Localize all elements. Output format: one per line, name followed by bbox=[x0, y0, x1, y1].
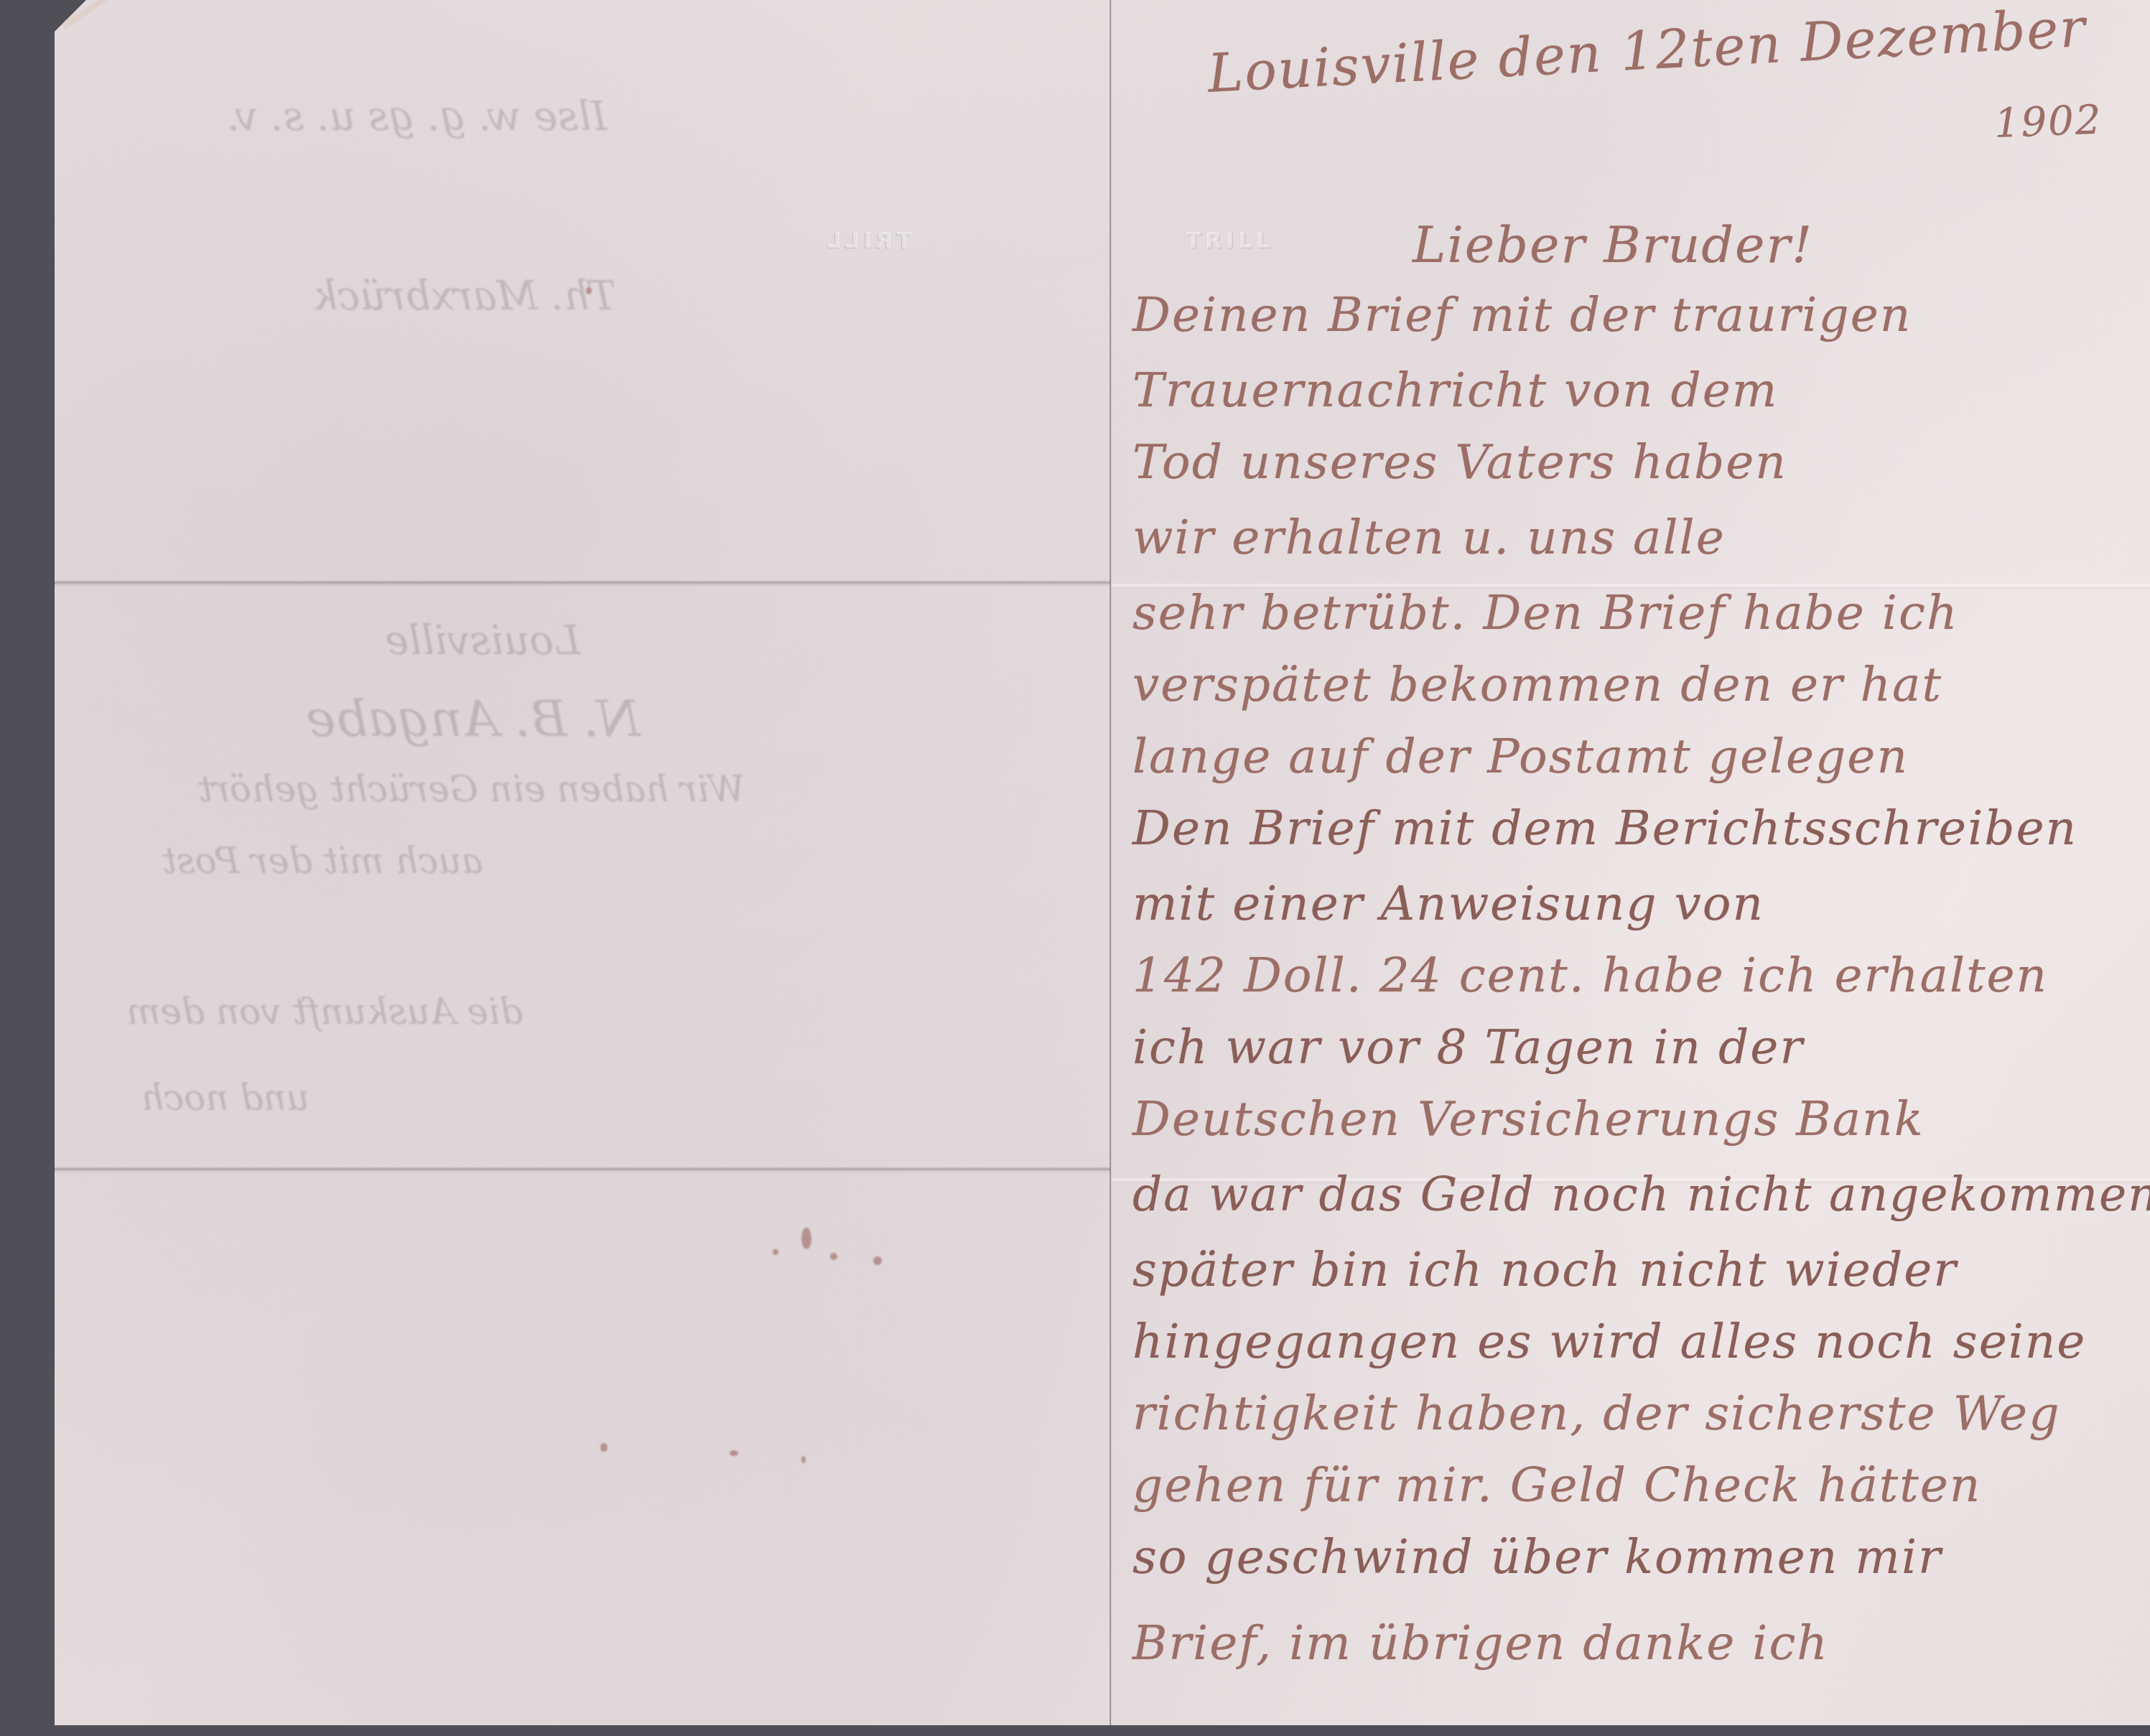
horizontal-fold-lower-left bbox=[55, 1167, 1110, 1174]
ink-blot bbox=[586, 287, 592, 294]
letter-line: Brief, im übrigen danke ich bbox=[1132, 1615, 1829, 1671]
right-page: TRILL Louisville den 12ten Dezember 1902… bbox=[1111, 0, 2150, 1725]
letter-salutation: Lieber Bruder! bbox=[1413, 215, 1813, 274]
ink-blot bbox=[830, 1253, 837, 1260]
handwritten-letter: Louisville den 12ten Dezember 1902 Liebe… bbox=[1111, 0, 2150, 1725]
ink-blot bbox=[801, 1456, 806, 1463]
letter-line: hingegangen es wird alles noch seine bbox=[1132, 1314, 2086, 1369]
ink-blot bbox=[801, 1228, 811, 1249]
bleed-through-line: Ilse w. g. gs u. s. v. bbox=[227, 93, 607, 140]
letter-line: verspätet bekommen den er hat bbox=[1132, 657, 1942, 712]
bleed-through-line: Wir haben ein Gerücht gehört bbox=[198, 768, 745, 810]
letter-line: ich war vor 8 Tagen in der bbox=[1132, 1019, 1804, 1075]
horizontal-fold-upper-left bbox=[55, 580, 1110, 587]
ink-blot bbox=[600, 1443, 608, 1452]
letter-line: wir erhalten u. uns alle bbox=[1132, 510, 1726, 565]
bleed-through-line: Th. Marxbrück bbox=[313, 273, 616, 319]
bleed-through-line: Louisville bbox=[385, 617, 580, 664]
letter-line: Den Brief mit dem Berichtsschreiben bbox=[1132, 801, 2077, 856]
letter-line: Deinen Brief mit der traurigen bbox=[1132, 287, 1912, 342]
letter-line: da war das Geld noch nicht angekommen bbox=[1132, 1167, 2150, 1222]
letter-line: Deutschen Versicherungs Bank bbox=[1132, 1091, 1925, 1147]
bleed-through-line: und noch bbox=[141, 1077, 310, 1119]
letter-line: lange auf der Postamt gelegen bbox=[1132, 729, 1909, 784]
letter-year: 1902 bbox=[1993, 97, 2103, 147]
ink-blot bbox=[873, 1256, 882, 1265]
ink-blot bbox=[773, 1249, 778, 1255]
ink-blot bbox=[730, 1450, 738, 1456]
bleed-through-line: auch mit der Post bbox=[162, 840, 483, 882]
letter-line: Tod unseres Vaters haben bbox=[1132, 434, 1787, 490]
letter-line: mit einer Anweisung von bbox=[1132, 876, 1764, 931]
letter-line: gehen für mir. Geld Check hätten bbox=[1132, 1457, 1981, 1513]
letter-place-date: Louisville den 12ten Dezember bbox=[1206, 0, 2088, 105]
emboss-stamp-mirrored: TRILL bbox=[823, 228, 911, 253]
bleed-through-line: die Auskunft von dem bbox=[126, 991, 523, 1032]
letter-line: Trauernachricht von dem bbox=[1132, 363, 1778, 418]
letter-line: so geschwind über kommen mir bbox=[1132, 1529, 1942, 1585]
bleed-through-line: N. B. Angabe bbox=[306, 689, 641, 748]
left-page: TRILL Ilse w. g. gs u. s. v. Th. Marxbrü… bbox=[55, 0, 1110, 1725]
letter-line: richtigkeit haben, der sicherste Weg bbox=[1132, 1386, 2060, 1441]
letter-line: später bin ich noch nicht wieder bbox=[1132, 1242, 1958, 1297]
letter-line: 142 Doll. 24 cent. habe ich erhalten bbox=[1132, 948, 2048, 1003]
letter-line: sehr betrübt. Den Brief habe ich bbox=[1132, 585, 1958, 640]
